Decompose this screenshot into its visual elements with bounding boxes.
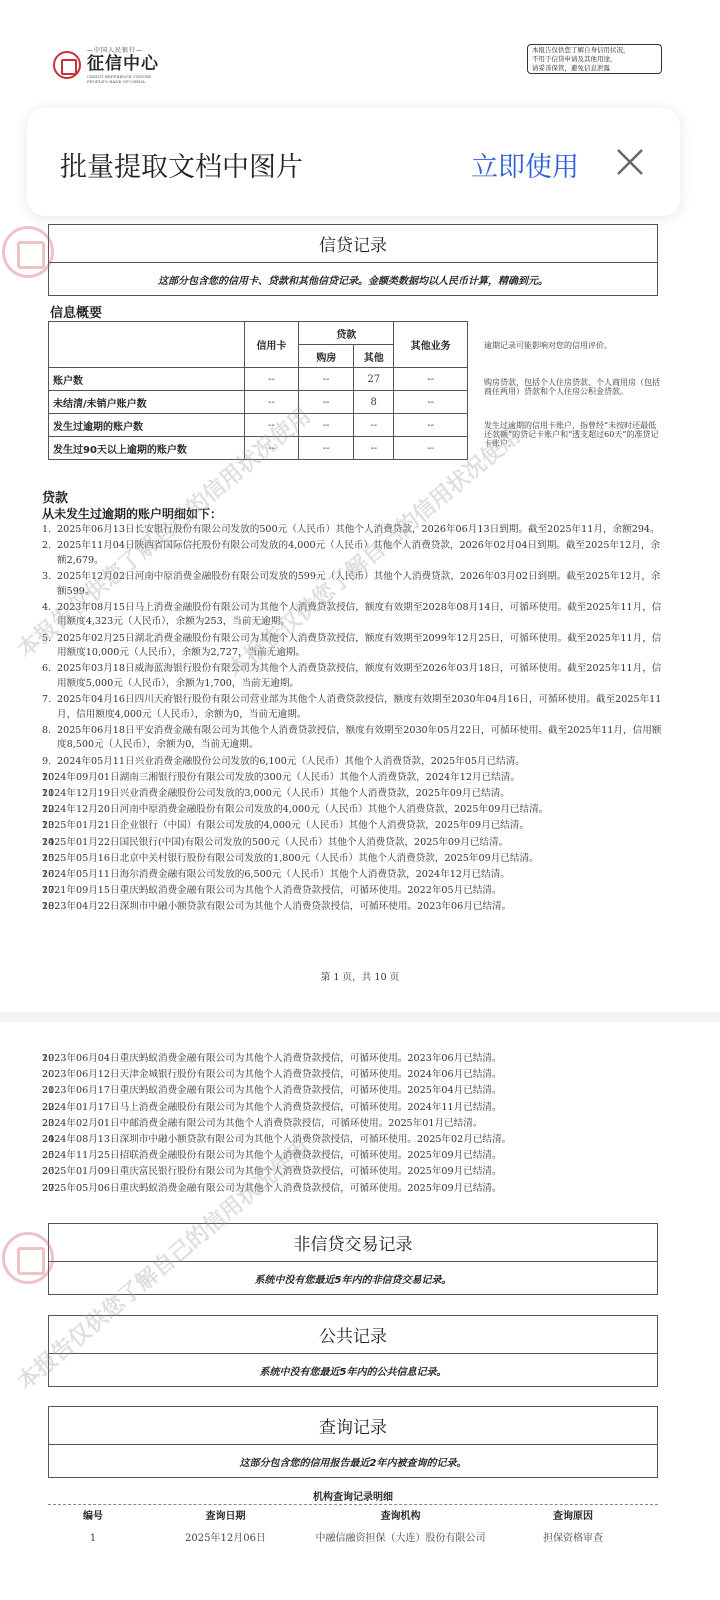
query-record-section: 查询记录 这部分包含您的信用报告最近2年内被查询的记录。 xyxy=(48,1406,658,1478)
table-row: 账户数 -- -- 27 -- xyxy=(49,368,468,391)
cell-value: -- xyxy=(394,414,468,437)
usage-notice-box: 本报告仅供您了解自身信用状况， 不用于信贷申请及其他用途， 请妥善保管，避免信息… xyxy=(527,44,662,74)
loan-list-page-2: 19.2023年06月04日重庆蚂蚁消费金融有限公司为其他个人消费贷款授信，可循… xyxy=(42,1052,667,1198)
list-item: 14.2025年01月22日国民银行(中国)有限公司发放的500元（人民币）其他… xyxy=(42,836,667,851)
table-row: 发生过90天以上逾期的账户数 -- -- -- -- xyxy=(49,437,468,460)
col-header-id: 编号 xyxy=(48,1509,138,1533)
row-label: 未结清/未销户账户数 xyxy=(49,391,245,414)
cell-value: -- xyxy=(394,391,468,414)
loan-list-page-1: 1.2025年06月13日长安银行股份有限公司发放的500元（人民币）其他个人消… xyxy=(42,523,667,917)
list-item: 10.2024年09月01日湖南三湘银行股份有限公司发放的300元（人民币）其他… xyxy=(42,771,667,786)
cell-value: -- xyxy=(354,437,394,460)
page-number: 第 1 页，共 10 页 xyxy=(0,969,720,983)
list-item: 21.2023年06月17日重庆蚂蚁消费金融有限公司为其他个人消费贷款授信，可循… xyxy=(42,1084,667,1099)
loans-subheading: 从未发生过逾期的账户明细如下： xyxy=(42,505,222,522)
list-item: 17.2021年09月15日重庆蚂蚁消费金融有限公司为其他个人消费贷款授信，可循… xyxy=(42,884,667,899)
public-record-section: 公共记录 系统中没有您最近5年内的公共信息记录。 xyxy=(48,1315,658,1387)
list-item: 27.2025年05月06日重庆蚂蚁消费金融有限公司为其他个人消费贷款授信，可循… xyxy=(42,1182,667,1197)
divider xyxy=(48,1504,658,1505)
list-item: 3.2025年12月02日河南中原消费金融股份有限公司发放的599元（人民币）其… xyxy=(42,570,667,599)
col-header-loan-other: 其他 xyxy=(354,345,394,368)
table-row: 未结清/未销户账户数 -- -- 8 -- xyxy=(49,391,468,414)
section-description: 这部分包含您的信用卡、贷款和其他信贷记录。金额类数据均以人民币计算，精确到元。 xyxy=(49,263,657,295)
credit-record-section: 信贷记录 这部分包含您的信用卡、贷款和其他信贷记录。金额类数据均以人民币计算，精… xyxy=(48,224,658,296)
list-item: 23.2024年02月01日中邮消费金融有限公司为其他个人消费贷款授信，可循环使… xyxy=(42,1117,667,1132)
cell-reason: 担保资格审查 xyxy=(488,1533,658,1545)
overview-note: 逾期记录可能影响对您的信用评价。 xyxy=(484,341,664,350)
col-header-date: 查询日期 xyxy=(138,1509,313,1533)
col-header-credit-card: 信用卡 xyxy=(244,322,299,368)
cell-date: 2025年12月06日 xyxy=(138,1533,313,1545)
section-title: 信贷记录 xyxy=(49,225,657,263)
cell-value: -- xyxy=(244,414,299,437)
section-description: 这部分包含您的信用报告最近2年内被查询的记录。 xyxy=(49,1445,657,1477)
non-credit-record-section: 非信贷交易记录 系统中没有您最近5年内的非信贷交易记录。 xyxy=(48,1223,658,1295)
query-table: 编号 查询日期 查询机构 查询原因 1 2025年12月06日 中融信融资担保（… xyxy=(48,1509,658,1545)
cell-value: -- xyxy=(394,437,468,460)
notice-line: 本报告仅供您了解自身信用状况， xyxy=(532,46,657,55)
cell-id: 1 xyxy=(48,1533,138,1545)
col-header-loan-house: 购房 xyxy=(299,345,354,368)
logo-sub-text-2: PEOPLE'S BANK OF CHINA xyxy=(87,79,145,84)
cell-value: -- xyxy=(299,391,354,414)
notice-line: 不用于信贷申请及其他用途， xyxy=(532,55,657,64)
overview-note: 购房贷款，包括个人住房贷款、个人商用房（包括商住两用）贷款和个人住房公积金贷款。 xyxy=(484,378,664,396)
cell-value: -- xyxy=(299,368,354,391)
col-header-other-business: 其他业务 xyxy=(394,322,468,368)
cell-value: 8 xyxy=(354,391,394,414)
list-item: 15.2025年05月16日北京中关村银行股份有限公司发放的1,800元（人民币… xyxy=(42,852,667,867)
list-item: 1.2025年06月13日长安银行股份有限公司发放的500元（人民币）其他个人消… xyxy=(42,523,667,538)
row-label: 发生过逾期的账户数 xyxy=(49,414,245,437)
list-item: 2.2025年11月04日陕西省国际信托股份有限公司发放的4,000元（人民币）… xyxy=(42,539,667,568)
cell-value: 27 xyxy=(354,368,394,391)
list-item: 4.2023年08月15日马上消费金融股份有限公司为其他个人消费贷款授信，额度有… xyxy=(42,601,667,630)
logo-main-text: 征信中心 xyxy=(87,54,159,74)
list-item: 16.2024年05月11日海尔消费金融有限公司发放的6,500元（人民币）其他… xyxy=(42,868,667,883)
list-item: 5.2025年02月25日湖北消费金融股份有限公司为其他个人消费贷款授信，额度有… xyxy=(42,632,667,661)
use-now-button[interactable]: 立即使用 xyxy=(471,145,579,184)
seal-watermark-icon xyxy=(2,1232,54,1284)
table-row: 发生过逾期的账户数 -- -- -- -- xyxy=(49,414,468,437)
list-item: 8.2025年06月18日平安消费金融有限公司为其他个人消费贷款授信，额度有效期… xyxy=(42,724,667,753)
list-item: 20.2023年06月12日天津金城银行股份有限公司为其他个人消费贷款授信，可循… xyxy=(42,1068,667,1083)
section-description: 系统中没有您最近5年内的非信贷交易记录。 xyxy=(49,1262,657,1294)
col-header-org: 查询机构 xyxy=(313,1509,488,1533)
col-header-reason: 查询原因 xyxy=(488,1509,658,1533)
extract-images-banner: 批量提取文档中图片 立即使用 xyxy=(27,108,680,216)
list-item: 18.2023年04月22日深圳市中融小额贷款有限公司为其他个人消费贷款授信，可… xyxy=(42,900,667,915)
cell-value: -- xyxy=(244,368,299,391)
cell-value: -- xyxy=(244,391,299,414)
list-item: 9.2024年05月11日兴业消费金融股份公司发放的6,100元（人民币）其他个… xyxy=(42,755,667,770)
seal-watermark-icon xyxy=(2,226,54,278)
cell-value: -- xyxy=(299,437,354,460)
cell-value: -- xyxy=(244,437,299,460)
notice-line: 请妥善保管，避免信息泄露 xyxy=(532,64,657,73)
section-title: 公共记录 xyxy=(49,1316,657,1354)
cell-value: -- xyxy=(394,368,468,391)
loans-heading: 贷款 xyxy=(42,487,68,506)
table-row: 1 2025年12月06日 中融信融资担保（大连）股份有限公司 担保资格审查 xyxy=(48,1533,658,1545)
cell-value: -- xyxy=(299,414,354,437)
section-description: 系统中没有您最近5年内的公共信息记录。 xyxy=(49,1354,657,1386)
overview-heading: 信息概要 xyxy=(50,302,102,321)
close-icon[interactable] xyxy=(614,146,646,178)
row-label: 发生过90天以上逾期的账户数 xyxy=(49,437,245,460)
list-item: 25.2024年11月25日招联消费金融股份有限公司为其他个人消费贷款授信，可循… xyxy=(42,1149,667,1164)
list-item: 6.2025年03月18日威海蓝海银行股份有限公司为其他个人消费贷款授信，额度有… xyxy=(42,662,667,691)
credit-center-emblem-icon xyxy=(53,51,81,79)
section-title: 查询记录 xyxy=(49,1407,657,1445)
overview-table: 信用卡 贷款 其他业务 购房 其他 账户数 -- -- 27 -- 未结清/未销… xyxy=(48,321,468,460)
list-item: 12.2024年12月20日河南中原消费金融股份有限公司发放的4,000元（人民… xyxy=(42,803,667,818)
query-table-caption: 机构查询记录明细 xyxy=(48,1488,658,1503)
list-item: 19.2023年06月04日重庆蚂蚁消费金融有限公司为其他个人消费贷款授信，可循… xyxy=(42,1052,667,1067)
cell-value: -- xyxy=(354,414,394,437)
section-title: 非信贷交易记录 xyxy=(49,1224,657,1262)
banner-title: 批量提取文档中图片 xyxy=(60,145,303,184)
table-header-row: 编号 查询日期 查询机构 查询原因 xyxy=(48,1509,658,1533)
cell-org: 中融信融资担保（大连）股份有限公司 xyxy=(313,1533,488,1545)
overview-corner-cell xyxy=(49,322,245,368)
logo-top-text: —中国人民银行— xyxy=(87,45,143,54)
overview-note: 发生过逾期的信用卡账户，指曾经“未按时还最低还款额”的贷记卡账户和“透支超过60… xyxy=(484,421,664,448)
col-header-loan: 贷款 xyxy=(299,322,394,345)
list-item: 24.2024年08月13日深圳市中融小额贷款有限公司为其他个人消费贷款授信，可… xyxy=(42,1133,667,1148)
list-item: 22.2024年01月17日马上消费金融股份有限公司为其他个人消费贷款授信，可循… xyxy=(42,1101,667,1116)
row-label: 账户数 xyxy=(49,368,245,391)
page-separator xyxy=(0,1012,720,1022)
list-item: 7.2025年04月16日四川天府银行股份有限公司营业部为其他个人消费贷款授信，… xyxy=(42,693,667,722)
list-item: 11.2024年12月19日兴业消费金融股份公司发放的3,000元（人民币）其他… xyxy=(42,787,667,802)
list-item: 26.2025年01月09日重庆富民银行股份有限公司为其他个人消费贷款授信，可循… xyxy=(42,1165,667,1180)
list-item: 13.2025年01月21日企业银行（中国）有限公司发放的4,000元（人民币）… xyxy=(42,819,667,834)
credit-center-logo: —中国人民银行— 征信中心 CREDIT REFERENCE CENTER PE… xyxy=(53,45,159,84)
